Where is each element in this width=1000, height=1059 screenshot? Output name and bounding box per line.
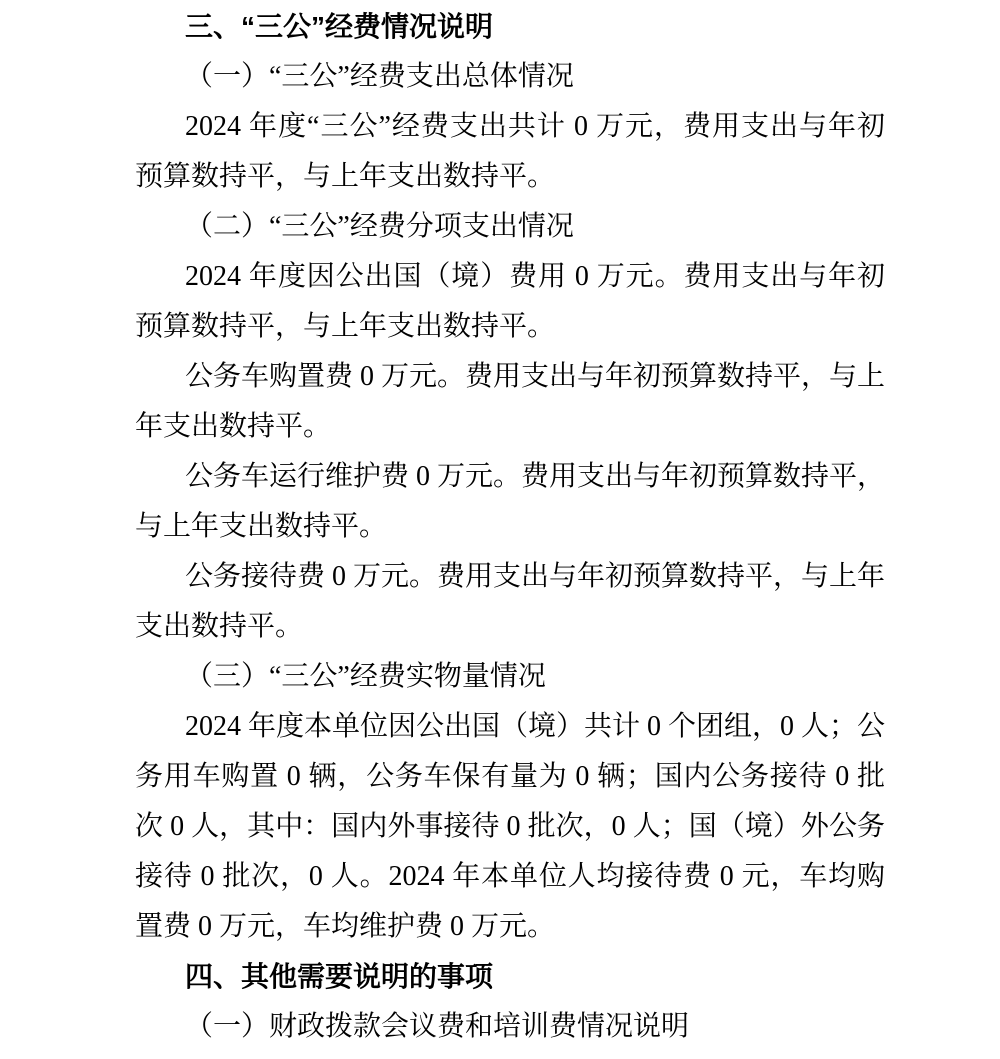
subsection-heading-overall-expenditure: （一）“三公”经费支出总体情况 — [135, 52, 885, 102]
subsection-heading-physical-quantity: （三）“三公”经费实物量情况 — [135, 652, 885, 702]
document-page: 三、“三公”经费情况说明（一）“三公”经费支出总体情况2024 年度“三公”经费… — [0, 0, 1000, 1059]
subsection-heading-meeting-training-fees: （一）财政拨款会议费和培训费情况说明 — [135, 1002, 885, 1052]
paragraph-vehicle-purchase-expense: 公务车购置费 0 万元。费用支出与年初预算数持平，与上年支出数持平。 — [135, 352, 885, 452]
section-heading-other-matters: 四、其他需要说明的事项 — [135, 952, 885, 1002]
document-content: 三、“三公”经费情况说明（一）“三公”经费支出总体情况2024 年度“三公”经费… — [135, 0, 885, 1052]
section-heading-three-public-expenses: 三、“三公”经费情况说明 — [135, 2, 885, 52]
paragraph-overall-expenditure: 2024 年度“三公”经费支出共计 0 万元，费用支出与年初预算数持平，与上年支… — [135, 102, 885, 202]
subsection-heading-itemized-expenditure: （二）“三公”经费分项支出情况 — [135, 202, 885, 252]
paragraph-physical-quantity-details: 2024 年度本单位因公出国（境）共计 0 个团组，0 人；公务用车购置 0 辆… — [135, 702, 885, 952]
paragraph-official-reception-expense: 公务接待费 0 万元。费用支出与年初预算数持平，与上年支出数持平。 — [135, 552, 885, 652]
paragraph-overseas-trips-expense: 2024 年度因公出国（境）费用 0 万元。费用支出与年初预算数持平，与上年支出… — [135, 252, 885, 352]
paragraph-vehicle-maintenance-expense: 公务车运行维护费 0 万元。费用支出与年初预算数持平，与上年支出数持平。 — [135, 452, 885, 552]
